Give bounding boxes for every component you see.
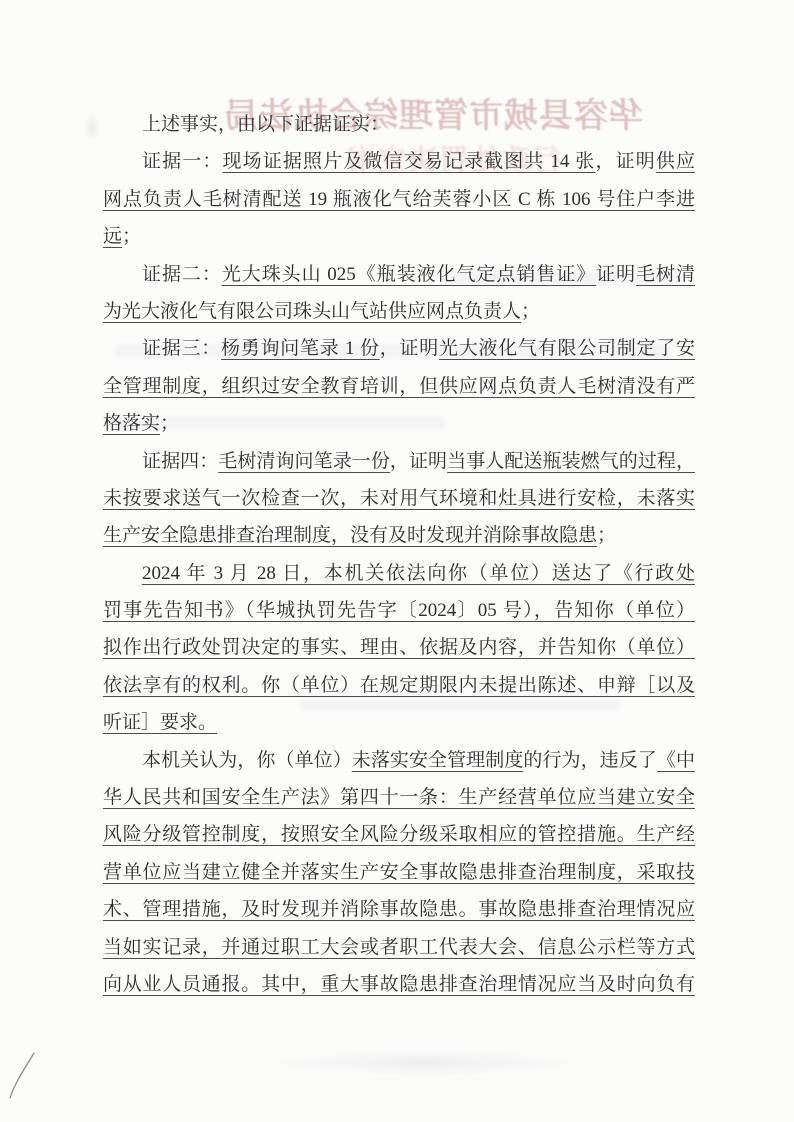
underlined-text-segment: 术、管理措施，及时发现并消除事故隐患。事故隐患排查治理情况应	[103, 899, 695, 920]
doc-line: 风险分级管控制度，按照安全风险分级采取相应的管控措施。生产经	[103, 816, 695, 853]
underlined-text-segment: 营单位应当建立健全并落实生产安全事故隐患排查治理制度，采取技	[103, 862, 695, 883]
doc-line: 2024 年 3 月 28 日，本机关依法向你（单位）送达了《行政处	[103, 555, 695, 592]
underlined-text-segment: 生产安全隐患排查治理制度，没有及时发现并消除事故隐患	[103, 525, 597, 546]
doc-line: 为光大液化气有限公司珠头山气站供应网点负责人；	[103, 293, 695, 330]
text-segment: ；	[122, 226, 141, 247]
underlined-text-segment: 依法享有的权利。你（单位）在规定期限内未提出陈述、申辩［以及	[103, 675, 695, 696]
underlined-text-segment: 华人民共和国安全生产法》第四十一条：生产经营单位应当建立安全	[103, 787, 695, 808]
doc-line: 听证］要求。	[103, 704, 695, 741]
doc-line: 本机关认为，你（单位）未落实安全管理制度的行为，违反了《中	[103, 742, 695, 779]
text-segment: 证据二：	[142, 264, 222, 285]
underlined-text-segment: 光大珠头山 025《瓶装液化气定点销售证》	[222, 264, 596, 285]
text-segment: 证明	[596, 264, 636, 285]
scan-fold-line	[0, 1040, 60, 1110]
doc-line: 依法享有的权利。你（单位）在规定期限内未提出陈述、申辩［以及	[103, 667, 695, 704]
text-segment: 的行为，违反了	[523, 750, 657, 771]
document-body-text: 上述事实，由以下证据证实：证据一：现场证据照片及微信交易记录截图共 14 张，证…	[103, 106, 695, 1003]
underlined-text-segment: 网点负责人毛树清配送 19 瓶液化气给芙蓉小区 C 栋 106 号住户李进	[103, 189, 695, 210]
underlined-text-segment: 风险分级管控制度，按照安全风险分级采取相应的管控措施。生产经	[103, 824, 695, 845]
underlined-text-segment: 全管理制度，组织过安全教育培训，但供应网点负责人毛树清没有严	[103, 376, 695, 397]
text-segment: 证据四：	[142, 451, 218, 472]
underlined-text-segment: 2024 年 3 月 28 日，本机关依法向你（单位）送达了《行政处	[142, 563, 695, 584]
scan-smudge	[84, 112, 100, 142]
text-segment: 证据三：	[142, 338, 221, 359]
doc-line: 证据四：毛树清询问笔录一份，证明当事人配送瓶装燃气的过程，	[103, 443, 695, 480]
text-segment: 本机关认为，你（单位）	[142, 750, 352, 771]
doc-line: 全管理制度，组织过安全教育培训，但供应网点负责人毛树清没有严	[103, 368, 695, 405]
doc-line: 生产安全隐患排查治理制度，没有及时发现并消除事故隐患；	[103, 517, 695, 554]
underlined-text-segment: 未落实安全管理制度	[352, 750, 524, 771]
doc-line: 罚事先告知书》（华城执罚先告字〔2024〕05 号），告知你（单位）	[103, 592, 695, 629]
underlined-text-segment: 未按要求送气一次检查一次，未对用气环境和灶具进行安检，未落实	[103, 488, 695, 509]
text-segment: ，证明	[390, 451, 447, 472]
doc-line: 营单位应当建立健全并落实生产安全事故隐患排查治理制度，采取技	[103, 854, 695, 891]
underlined-text-segment: 罚事先告知书》（华城执罚先告字〔2024〕05 号），告知你（单位）	[103, 600, 695, 621]
doc-line: 格落实；	[103, 405, 695, 442]
doc-line: 证据二：光大珠头山 025《瓶装液化气定点销售证》证明毛树清	[103, 256, 695, 293]
underlined-text-segment: 为光大液化气有限公司珠头山气站供应网点负责人	[103, 301, 521, 322]
underlined-text-segment: 毛树清	[636, 264, 695, 285]
doc-line: 远；	[103, 218, 695, 255]
doc-line: 向从业人员通报。其中，重大事故隐患排查治理情况应当及时向负有	[103, 966, 695, 1003]
scanned-document-page: 华容县城市管理综合执法局 行政处罚决定书 上述事实，由以下证据证实：证据一：现场…	[0, 0, 794, 1122]
underlined-text-segment: 《中	[657, 750, 695, 771]
underlined-text-segment: 听证］要求。	[103, 712, 217, 733]
text-segment: 上述事实，由以下证据证实：	[142, 114, 389, 135]
doc-line: 当如实记录，并通过职工大会或者职工代表大会、信息公示栏等方式	[103, 929, 695, 966]
underlined-text-segment: 毛树清询问笔录一份	[218, 451, 390, 472]
text-segment: ，证明	[595, 151, 655, 172]
doc-line: 华人民共和国安全生产法》第四十一条：生产经营单位应当建立安全	[103, 779, 695, 816]
underlined-text-segment: 供应	[656, 151, 695, 172]
text-segment: ；	[160, 413, 179, 434]
text-segment: ；	[597, 525, 616, 546]
underlined-text-segment: 拟作出行政处罚决定的事实、理由、依据及内容，并告知你（单位）	[103, 637, 695, 658]
underlined-text-segment: 向从业人员通报。其中，重大事故隐患排查治理情况应当及时向负有	[103, 974, 695, 995]
doc-line: 网点负责人毛树清配送 19 瓶液化气给芙蓉小区 C 栋 106 号住户李进	[103, 181, 695, 218]
underlined-text-segment: 杨勇询问笔录 1 份	[221, 338, 380, 359]
doc-line: 拟作出行政处罚决定的事实、理由、依据及内容，并告知你（单位）	[103, 629, 695, 666]
underlined-text-segment: 现场证据照片及微信交易记录截图共 14 张	[223, 151, 596, 172]
doc-line: 上述事实，由以下证据证实：	[103, 106, 695, 143]
underlined-text-segment: 当如实记录，并通过职工大会或者职工代表大会、信息公示栏等方式	[103, 937, 695, 958]
text-segment: ，证明	[380, 338, 439, 359]
underlined-text-segment: 远	[103, 226, 122, 247]
doc-line: 未按要求送气一次检查一次，未对用气环境和灶具进行安检，未落实	[103, 480, 695, 517]
scan-smudge	[265, 1050, 585, 1076]
text-segment: ；	[521, 301, 540, 322]
underlined-text-segment: 当事人配送瓶装燃气的过程，	[447, 451, 695, 472]
doc-line: 证据三：杨勇询问笔录 1 份，证明光大液化气有限公司制定了安	[103, 330, 695, 367]
underlined-text-segment: 光大液化气有限公司制定了安	[439, 338, 695, 359]
text-segment: 证据一：	[142, 151, 223, 172]
underlined-text-segment: 格落实	[103, 413, 160, 434]
doc-line: 证据一：现场证据照片及微信交易记录截图共 14 张，证明供应	[103, 143, 695, 180]
doc-line: 术、管理措施，及时发现并消除事故隐患。事故隐患排查治理情况应	[103, 891, 695, 928]
